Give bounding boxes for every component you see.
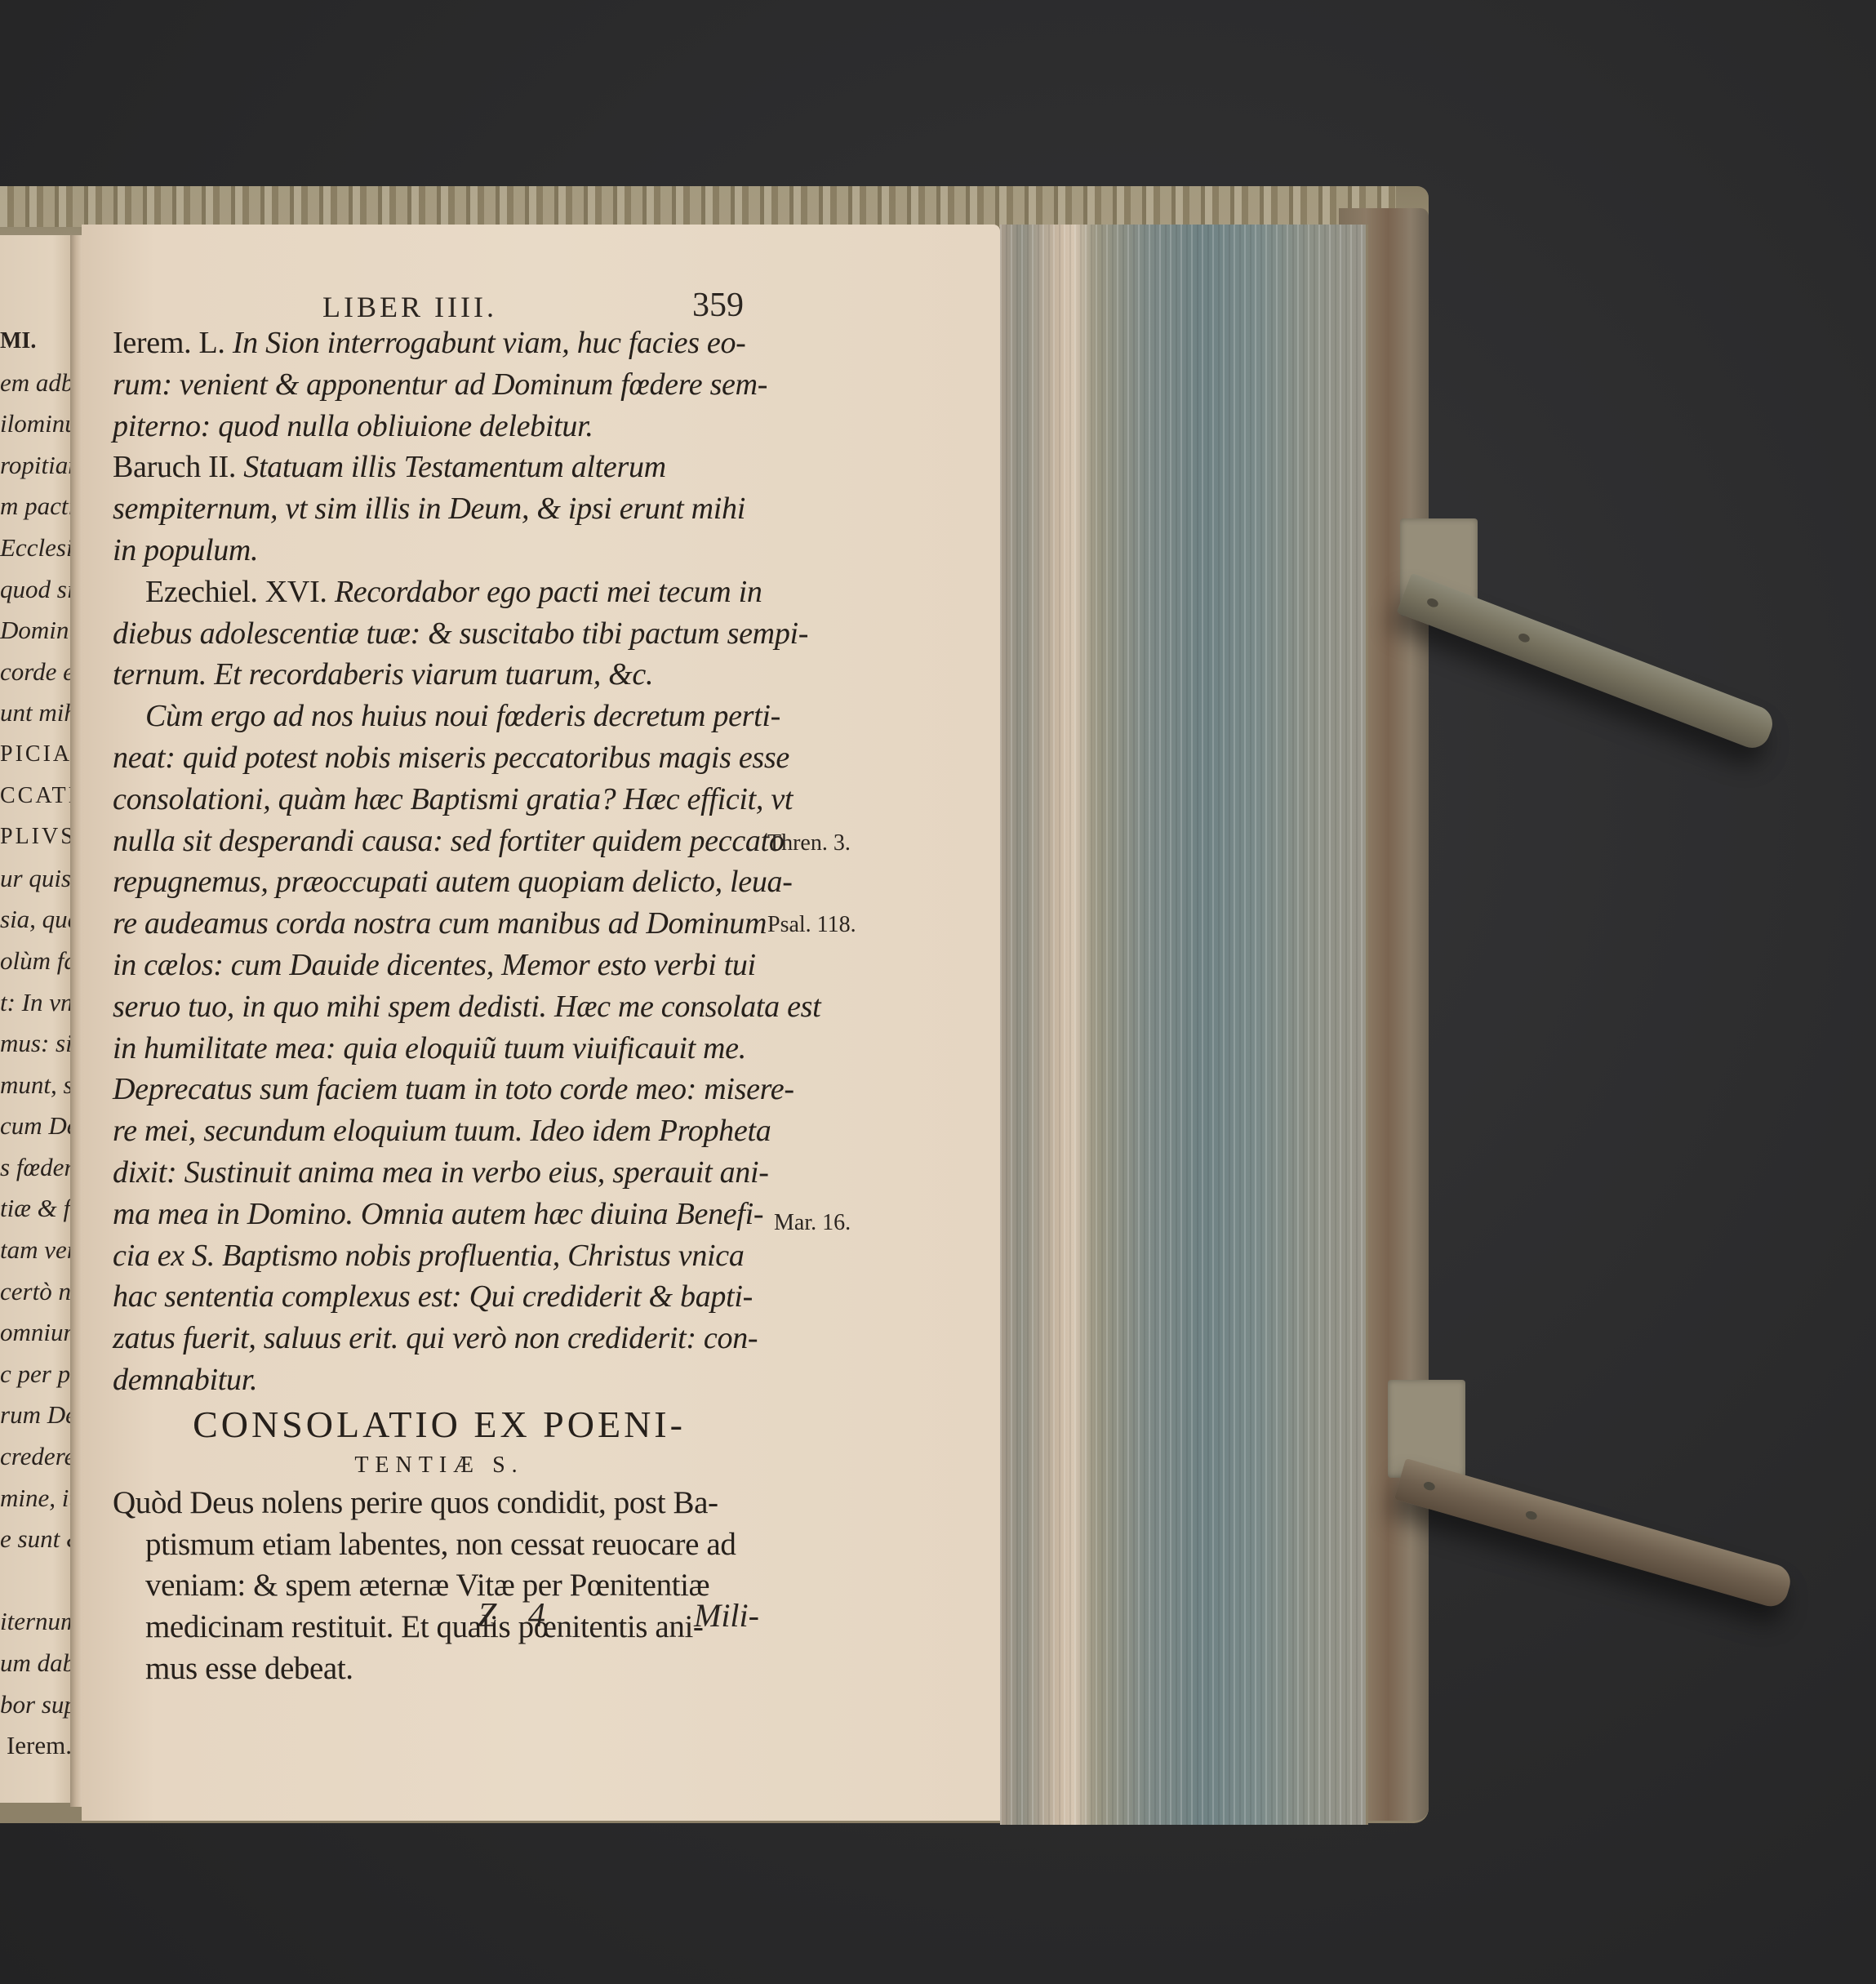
text-line: sempiternum, vt sim illis in Deum, & ips… [113,488,766,530]
worn-binding-head [0,186,1396,227]
left-line: credere. [0,1436,75,1478]
brass-clasp-bottom [1394,1458,1794,1610]
text-line: piterno: quod nulla obliuione delebitur. [113,406,766,447]
summary-line: Quòd Deus nolens perire quos condidit, p… [113,1483,766,1524]
signature-mark: Z 4 [478,1596,557,1635]
summary-line: ptismum etiam labentes, non cessat reuoc… [113,1524,766,1566]
section-heading: CONSOLATIO EX POENI- [113,1401,766,1448]
text-line: rum: venient & apponentur ad Dominum fœd… [113,364,766,406]
scripture-reference: Baruch II. [113,450,243,484]
left-line: mus: siue [0,1023,75,1065]
running-head: LIBER IIII. [322,290,497,324]
summary-line: medicinam restituit. Et qualis pœnitenti… [113,1607,766,1648]
left-line: ilominus [0,403,75,445]
text-line: consolationi, quàm hæc Baptismi gratia? … [113,779,766,821]
text-line: diebus adolescentiæ tuæ: & suscitabo tib… [113,613,766,655]
left-line: cum Deo [0,1105,75,1147]
left-line: ropitiam [0,445,75,487]
left-line: mine, ita [0,1478,75,1519]
left-line: e sunt & [0,1519,75,1560]
text-line: re audeamus corda nostra cum manibus ad … [113,903,766,945]
text-line: Ezechiel. XVI. Recordabor ego pacti mei … [113,572,766,613]
left-line: c per pec- [0,1354,75,1395]
section-subheading: TENTIÆ S. [113,1448,766,1483]
text-line: dixit: Sustinuit anima mea in verbo eius… [113,1152,766,1194]
left-line: olùm fa- [0,941,75,982]
rivet-icon [1423,1481,1436,1492]
left-line: certò nos [0,1271,75,1313]
text-line: Baruch II. Statuam illis Testamentum alt… [113,447,766,488]
left-page-text: MI. em adbi- ilominus ropitiam m pacti. … [0,321,75,1767]
left-line: t: In vno [0,982,75,1024]
marginal-note-mar: Mar. 16. [774,1210,851,1236]
text-line: in cælos: cum Dauide dicentes, Memor est… [113,945,766,986]
left-line: corde eo- [0,652,75,693]
text-line: Deprecatus sum faciem tuam in toto corde… [113,1069,766,1110]
summary-line: veniam: & spem æternæ Vitæ per Pœnitenti… [113,1565,766,1607]
text-line: zatus fuerit, saluus erit. qui verò non … [113,1318,766,1359]
left-line: Dominus [0,610,75,652]
text-line: cia ex S. Baptismo nobis profluentia, Ch… [113,1235,766,1277]
main-text-block: Ierem. L. In Sion interrogabunt viam, hu… [113,323,766,1690]
marginal-note-psal: Psal. 118. [767,912,856,938]
left-line: unt mihi [0,692,75,734]
left-line: sia, qua [0,899,75,941]
left-line: Ecclesia [0,527,75,569]
text-line: seruo tuo, in quo mihi spem dedisti. Hæc… [113,986,766,1028]
text-line: Cùm ergo ad nos huius noui fœderis decre… [113,696,766,737]
left-line: omnium [0,1312,75,1354]
rivet-icon [1518,632,1531,643]
left-line: PLIVS, [0,816,75,858]
page-number: 359 [692,286,744,325]
text-line: repugnemus, præoccupati autem quopiam de… [113,861,766,903]
text-line: re mei, secundum eloquium tuum. Ideo ide… [113,1110,766,1152]
left-line: PICIA- [0,734,75,776]
left-line: um dabo [0,1643,75,1684]
left-line: s fœderis [0,1147,75,1189]
scripture-reference: Ezechiel. XVI. [145,575,335,609]
left-line: munt, su- [0,1065,75,1106]
summary-line: mus esse debeat. [113,1648,766,1690]
text-line: Ierem. L. In Sion interrogabunt viam, hu… [113,323,766,364]
left-line: ur quis- [0,858,75,900]
brass-clasp-top [1397,573,1778,754]
text-line: ternum. Et recordaberis viarum tuarum, &… [113,654,766,696]
left-line: Ierem. [0,1725,75,1767]
left-line: rum Dei [0,1395,75,1436]
left-line: em adbi- [0,363,75,404]
left-line: quod si- [0,569,75,611]
left-line: tam verè [0,1230,75,1271]
text-line: nulla sit desperandi causa: sed fortiter… [113,821,766,862]
left-line [0,1560,75,1602]
rivet-icon [1426,597,1440,608]
left-line: iternum: [0,1601,75,1643]
page-block-fore-edge [1000,225,1368,1825]
catchword: Mili- [694,1596,759,1635]
text-line: hac sententia complexus est: Qui credide… [113,1276,766,1318]
text-line: in populum. [113,530,766,572]
left-line: m pacti. [0,486,75,527]
text-line: ma mea in Domino. Omnia autem hæc diuina… [113,1194,766,1235]
text-line: neat: quid potest nobis miseris peccator… [113,737,766,779]
rivet-icon [1525,1510,1538,1520]
clasp-hinge-plate-bottom [1388,1380,1465,1478]
text-line: demnabitur. [113,1359,766,1401]
left-running-head: MI. [0,321,75,363]
left-line: CCATI [0,776,75,817]
text-line: in humilitate mea: quia eloquiũ tuum viu… [113,1028,766,1070]
marginal-note-thren: Thren. 3. [767,830,851,856]
left-line: bor super [0,1684,75,1726]
scripture-reference: Ierem. L. [113,326,233,360]
left-line: tiæ & fa- [0,1188,75,1230]
